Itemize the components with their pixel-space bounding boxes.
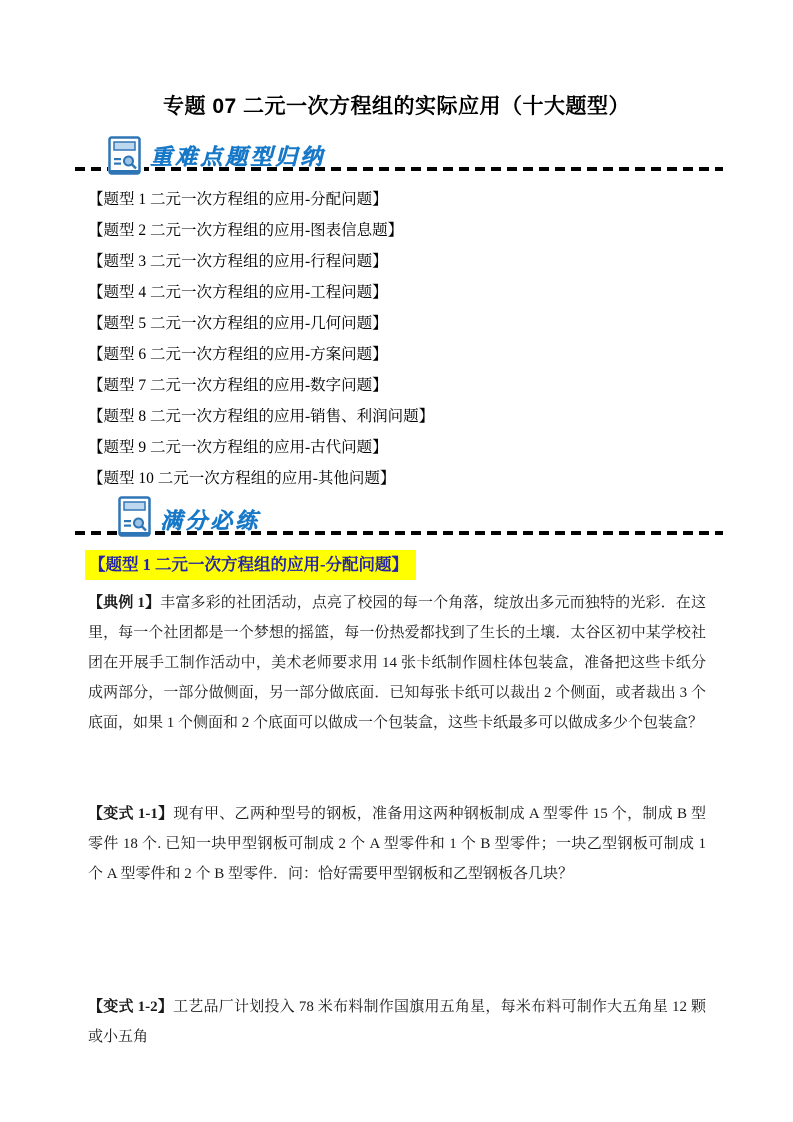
problem-label: 【变式 1-2】 [88, 999, 173, 1015]
document-page: 专题 07 二元一次方程组的实际应用（十大题型） 重难点题型归纳 【题型 1 二… [0, 0, 793, 1122]
document-search-icon [108, 136, 144, 181]
problem-text: 丰富多彩的社团活动，点亮了校园的每一个角落，绽放出多元而独特的光彩．在这里，每一… [88, 595, 706, 731]
question-type-list: 【题型 1 二元一次方程组的应用-分配问题】 【题型 2 二元一次方程组的应用-… [88, 184, 728, 494]
problem-paragraph-variant1-1: 【变式 1-1】现有甲、乙两种型号的钢板，准备用这两种钢板制成 A 型零件 15… [88, 799, 706, 889]
type-list-item: 【题型 9 二元一次方程组的应用-古代问题】 [88, 432, 728, 463]
problem-paragraph-example1: 【典例 1】丰富多彩的社团活动，点亮了校园的每一个角落，绽放出多元而独特的光彩．… [88, 588, 706, 738]
problem-text: 工艺品厂计划投入 78 米布料制作国旗用五角星，每米布料可制作大五角星 12 颗… [88, 999, 706, 1045]
highlighted-heading: 【题型 1 二元一次方程组的应用-分配问题】 [85, 550, 416, 580]
type-list-item: 【题型 4 二元一次方程组的应用-工程问题】 [88, 277, 728, 308]
type-list-item: 【题型 2 二元一次方程组的应用-图表信息题】 [88, 215, 728, 246]
type-list-item: 【题型 1 二元一次方程组的应用-分配问题】 [88, 184, 728, 215]
section-banner-key-types: 重难点题型归纳 [150, 140, 325, 171]
problem-text: 现有甲、乙两种型号的钢板，准备用这两种钢板制成 A 型零件 15 个，制成 B … [88, 806, 706, 882]
type-list-item: 【题型 3 二元一次方程组的应用-行程问题】 [88, 246, 728, 277]
problem-label: 【变式 1-1】 [88, 806, 173, 822]
type-list-item: 【题型 7 二元一次方程组的应用-数字问题】 [88, 370, 728, 401]
type-list-item: 【题型 5 二元一次方程组的应用-几何问题】 [88, 308, 728, 339]
document-search-icon [118, 496, 154, 543]
problem-paragraph-variant1-2: 【变式 1-2】工艺品厂计划投入 78 米布料制作国旗用五角星，每米布料可制作大… [88, 992, 706, 1052]
section-banner-practice: 满分必练 [160, 504, 260, 535]
type-list-item: 【题型 6 二元一次方程组的应用-方案问题】 [88, 339, 728, 370]
type-list-item: 【题型 8 二元一次方程组的应用-销售、利润问题】 [88, 401, 728, 432]
problem-label: 【典例 1】 [88, 595, 160, 611]
page-title: 专题 07 二元一次方程组的实际应用（十大题型） [0, 90, 793, 120]
type-list-item: 【题型 10 二元一次方程组的应用-其他问题】 [88, 463, 728, 494]
